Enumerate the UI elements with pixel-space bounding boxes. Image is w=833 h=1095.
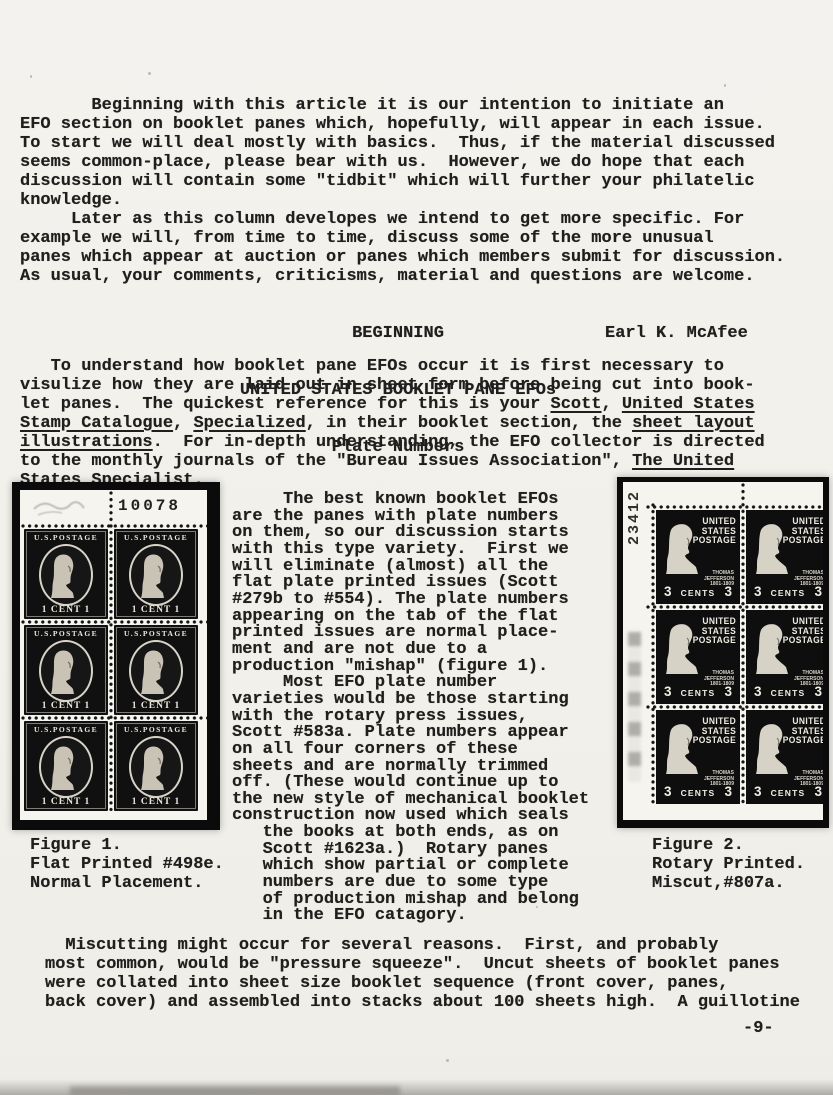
value-numeral: 3	[664, 684, 672, 699]
scan-speck	[30, 75, 32, 78]
stamp-value-text: 1 CENT 1	[114, 797, 198, 807]
center-column-text: The best known booklet EFOs are the pane…	[232, 492, 622, 925]
value-numeral: 3	[814, 584, 822, 599]
portrait-oval	[39, 544, 93, 606]
stamp-1c-washington: U.S.POSTAGE 1 CENT 1	[114, 721, 198, 811]
stamp-3c-jefferson: UNITED STATES POSTAGE THOMAS JEFFERSON 1…	[746, 610, 823, 704]
stamp-3c-jefferson: UNITED STATES POSTAGE THOMAS JEFFERSON 1…	[746, 510, 823, 604]
value-word: CENTS	[681, 688, 716, 698]
value-numeral: 3	[664, 784, 672, 799]
washington-portrait-icon	[44, 744, 84, 792]
stamp-3c-jefferson: UNITED STATES POSTAGE THOMAS JEFFERSON 1…	[656, 710, 740, 804]
stamp-country-text: UNITED STATES POSTAGE	[783, 617, 823, 646]
portrait-oval	[39, 640, 93, 702]
figure2-photo: 23412 UNITED STATES POSTAGE THOMAS JEFFE…	[617, 477, 829, 828]
stamp-value-row: 3 CENTS 3	[656, 584, 740, 599]
stamp-value-text: 1 CENT 1	[24, 701, 108, 711]
value-word: CENTS	[681, 788, 716, 798]
scan-speck	[640, 214, 642, 216]
ink-smudge	[628, 632, 641, 782]
stamp-value-row: 3 CENTS 3	[656, 684, 740, 699]
author-byline: Earl K. McAfee	[605, 324, 748, 343]
stamp-1c-washington: U.S.POSTAGE 1 CENT 1	[24, 625, 108, 715]
plate-number-figure1: 10078	[118, 497, 181, 515]
figure2-caption: Figure 2. Rotary Printed. Miscut,#807a.	[652, 836, 805, 893]
figure1-booklet-pane: 10078 U.S.POSTAGE 1 CENT 1 U.S.POSTAGE	[20, 490, 207, 820]
scan-speck	[724, 84, 726, 87]
intro-paragraph-2: Later as this column developes we intend…	[20, 210, 820, 286]
washington-portrait-icon	[44, 552, 84, 600]
page-number: -9-	[743, 1019, 774, 1038]
washington-portrait-icon	[44, 648, 84, 696]
value-numeral: 3	[754, 784, 762, 799]
stamp-1c-washington: U.S.POSTAGE 1 CENT 1	[24, 721, 108, 811]
scan-shadow	[70, 1086, 400, 1095]
value-numeral: 3	[724, 784, 732, 799]
stamp-value-row: 3 CENTS 3	[746, 584, 823, 599]
stamp-country-text: UNITED STATES POSTAGE	[693, 517, 736, 546]
figure1-caption: Figure 1. Flat Printed #498e. Normal Pla…	[30, 836, 224, 893]
stamp-3c-jefferson: UNITED STATES POSTAGE THOMAS JEFFERSON 1…	[656, 510, 740, 604]
scan-speck	[536, 906, 538, 908]
stamp-country-text: UNITED STATES POSTAGE	[693, 617, 736, 646]
washington-portrait-icon	[134, 552, 174, 600]
figure1-stamp-grid: U.S.POSTAGE 1 CENT 1 U.S.POSTAGE 1 CENT …	[24, 529, 198, 811]
stamp-top-text: U.S.POSTAGE	[24, 533, 108, 542]
washington-portrait-icon	[134, 648, 174, 696]
stamp-value-text: 1 CENT 1	[114, 701, 198, 711]
washington-portrait-icon	[134, 744, 174, 792]
figure2-stamp-grid: UNITED STATES POSTAGE THOMAS JEFFERSON 1…	[656, 510, 823, 804]
value-numeral: 3	[724, 684, 732, 699]
intro-paragraph-1: Beginning with this article it is our in…	[20, 96, 810, 210]
plate-number-figure2: 23412	[626, 490, 643, 545]
value-numeral: 3	[754, 584, 762, 599]
value-numeral: 3	[724, 584, 732, 599]
stamp-value-row: 3 CENTS 3	[746, 684, 823, 699]
stamp-1c-washington: U.S.POSTAGE 1 CENT 1	[114, 529, 198, 619]
value-numeral: 3	[754, 684, 762, 699]
stamp-country-text: UNITED STATES POSTAGE	[783, 517, 823, 546]
portrait-oval	[129, 640, 183, 702]
stamp-top-text: U.S.POSTAGE	[114, 533, 198, 542]
value-word: CENTS	[681, 588, 716, 598]
stamp-3c-jefferson: UNITED STATES POSTAGE THOMAS JEFFERSON 1…	[746, 710, 823, 804]
closing-paragraph: Miscutting might occur for several reaso…	[45, 936, 825, 1012]
value-numeral: 3	[814, 784, 822, 799]
stamp-top-text: U.S.POSTAGE	[24, 629, 108, 638]
portrait-oval	[129, 736, 183, 798]
figure1-photo: 10078 U.S.POSTAGE 1 CENT 1 U.S.POSTAGE	[12, 482, 220, 830]
value-word: CENTS	[771, 688, 806, 698]
stamp-value-text: 1 CENT 1	[24, 605, 108, 615]
stamp-top-text: U.S.POSTAGE	[24, 725, 108, 734]
portrait-oval	[129, 544, 183, 606]
scanned-journal-page: Beginning with this article it is our in…	[0, 0, 833, 1095]
stamp-value-text: 1 CENT 1	[24, 797, 108, 807]
stamp-1c-washington: U.S.POSTAGE 1 CENT 1	[24, 529, 108, 619]
stamp-country-text: UNITED STATES POSTAGE	[693, 717, 736, 746]
scan-speck	[446, 1059, 449, 1062]
value-word: CENTS	[771, 588, 806, 598]
stamp-top-text: U.S.POSTAGE	[114, 629, 198, 638]
stamp-top-text: U.S.POSTAGE	[114, 725, 198, 734]
stamp-value-row: 3 CENTS 3	[746, 784, 823, 799]
stamp-country-text: UNITED STATES POSTAGE	[783, 717, 823, 746]
value-numeral: 3	[664, 584, 672, 599]
stamp-1c-washington: U.S.POSTAGE 1 CENT 1	[114, 625, 198, 715]
value-numeral: 3	[814, 684, 822, 699]
scan-speck	[148, 72, 151, 75]
figure2-booklet-pane: 23412 UNITED STATES POSTAGE THOMAS JEFFE…	[623, 482, 823, 820]
pencil-marks	[28, 493, 106, 521]
stamp-3c-jefferson: UNITED STATES POSTAGE THOMAS JEFFERSON 1…	[656, 610, 740, 704]
stamp-value-text: 1 CENT 1	[114, 605, 198, 615]
stamp-value-row: 3 CENTS 3	[656, 784, 740, 799]
value-word: CENTS	[771, 788, 806, 798]
reference-paragraph: To understand how booklet pane EFOs occu…	[20, 357, 810, 490]
portrait-oval	[39, 736, 93, 798]
